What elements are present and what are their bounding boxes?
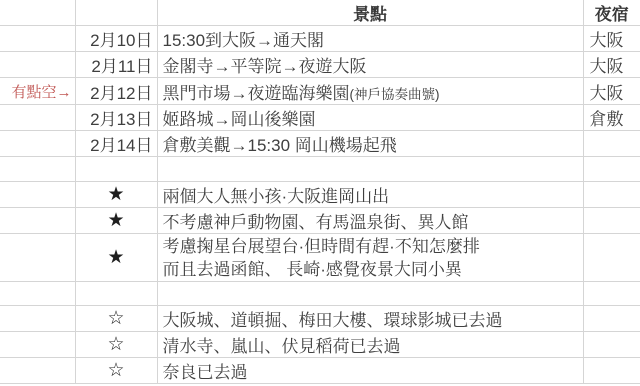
note-row: ★ 兩個大人無小孩·大阪進岡山出 (0, 182, 640, 208)
empty-cell[interactable] (583, 234, 640, 282)
lodging-cell[interactable]: 大阪 (583, 52, 640, 78)
spacer-row (0, 282, 640, 306)
empty-cell[interactable] (583, 282, 640, 306)
empty-cell[interactable] (0, 332, 75, 358)
lodging-cell[interactable]: 倉敷 (583, 105, 640, 131)
spots-cell[interactable]: 黑門市場→夜遊臨海樂園(神戶協奏曲號) (157, 78, 583, 105)
empty-cell[interactable] (75, 282, 157, 306)
spreadsheet: 景點 夜宿 2月10日 15:30到大阪→通天閣 大阪 2月11日 金閣寺→平等… (0, 0, 640, 386)
itinerary-row: 有點空→ 2月12日 黑門市場→夜遊臨海樂園(神戶協奏曲號) 大阪 (0, 78, 640, 105)
note-text[interactable]: 大阪城、道頓掘、梅田大樓、環球影城已去過 (157, 306, 583, 332)
empty-cell[interactable] (0, 306, 75, 332)
header-row: 景點 夜宿 (0, 0, 640, 26)
spacer-row (0, 157, 640, 182)
annotation-cell[interactable] (0, 26, 75, 52)
empty-cell[interactable] (75, 157, 157, 182)
itinerary-row: 2月13日 姬路城→岡山後樂園 倉敷 (0, 105, 640, 131)
spots-cell[interactable]: 倉敷美觀→15:30 岡山機場起飛 (157, 131, 583, 157)
date-cell[interactable]: 2月11日 (75, 52, 157, 78)
annotation-cell[interactable] (0, 131, 75, 157)
empty-cell[interactable] (583, 306, 640, 332)
empty-cell[interactable] (583, 182, 640, 208)
date-cell[interactable]: 2月14日 (75, 131, 157, 157)
outline-star-icon: ☆ (75, 358, 157, 384)
annotation-note[interactable]: 有點空→ (0, 78, 75, 105)
lodging-column-header[interactable]: 夜宿 (583, 0, 640, 26)
empty-cell[interactable] (0, 182, 75, 208)
empty-cell[interactable] (583, 332, 640, 358)
note-row: ☆ 奈良已去過 (0, 358, 640, 384)
filled-star-icon: ★ (75, 208, 157, 234)
lodging-cell[interactable]: 大阪 (583, 26, 640, 52)
filled-star-icon: ★ (75, 234, 157, 282)
date-cell[interactable]: 2月10日 (75, 26, 157, 52)
lodging-cell[interactable]: 大阪 (583, 78, 640, 105)
empty-cell[interactable] (583, 208, 640, 234)
empty-cell[interactable] (583, 157, 640, 182)
spots-cell[interactable]: 15:30到大阪→通天閣 (157, 26, 583, 52)
note-text[interactable]: 考慮掬星台展望台·但時間有趕·不知怎麼排 而且去過函館、 長崎·感覺夜景大同小異 (157, 234, 583, 282)
spots-cell[interactable]: 金閣寺→平等院→夜遊大阪 (157, 52, 583, 78)
itinerary-table: 景點 夜宿 2月10日 15:30到大阪→通天閣 大阪 2月11日 金閣寺→平等… (0, 0, 640, 384)
empty-cell[interactable] (157, 282, 583, 306)
annotation-cell[interactable] (0, 52, 75, 78)
note-text[interactable]: 兩個大人無小孩·大阪進岡山出 (157, 182, 583, 208)
annotation-cell[interactable] (0, 105, 75, 131)
outline-star-icon: ☆ (75, 332, 157, 358)
empty-cell[interactable] (0, 282, 75, 306)
spots-text: 黑門市場→夜遊臨海樂園 (163, 84, 350, 103)
note-row: ☆ 大阪城、道頓掘、梅田大樓、環球影城已去過 (0, 306, 640, 332)
empty-cell[interactable] (0, 208, 75, 234)
date-cell[interactable]: 2月12日 (75, 78, 157, 105)
spots-cell[interactable]: 姬路城→岡山後樂園 (157, 105, 583, 131)
itinerary-row: 2月14日 倉敷美觀→15:30 岡山機場起飛 (0, 131, 640, 157)
lodging-cell[interactable] (583, 131, 640, 157)
empty-cell[interactable] (75, 0, 157, 26)
note-text[interactable]: 清水寺、嵐山、伏見稻荷已去過 (157, 332, 583, 358)
note-text[interactable]: 不考慮神戶動物園、有馬溫泉街、異人館 (157, 208, 583, 234)
empty-cell[interactable] (0, 234, 75, 282)
date-cell[interactable]: 2月13日 (75, 105, 157, 131)
note-row: ★ 考慮掬星台展望台·但時間有趕·不知怎麼排 而且去過函館、 長崎·感覺夜景大同… (0, 234, 640, 282)
empty-cell[interactable] (0, 157, 75, 182)
filled-star-icon: ★ (75, 182, 157, 208)
spots-small-note: (神戶協奏曲號) (350, 87, 440, 102)
itinerary-row: 2月11日 金閣寺→平等院→夜遊大阪 大阪 (0, 52, 640, 78)
empty-cell[interactable] (0, 0, 75, 26)
empty-cell[interactable] (0, 358, 75, 384)
note-row: ★ 不考慮神戶動物園、有馬溫泉街、異人館 (0, 208, 640, 234)
empty-cell[interactable] (583, 358, 640, 384)
spots-column-header[interactable]: 景點 (157, 0, 583, 26)
itinerary-row: 2月10日 15:30到大阪→通天閣 大阪 (0, 26, 640, 52)
note-text[interactable]: 奈良已去過 (157, 358, 583, 384)
note-row: ☆ 清水寺、嵐山、伏見稻荷已去過 (0, 332, 640, 358)
outline-star-icon: ☆ (75, 306, 157, 332)
empty-cell[interactable] (157, 157, 583, 182)
